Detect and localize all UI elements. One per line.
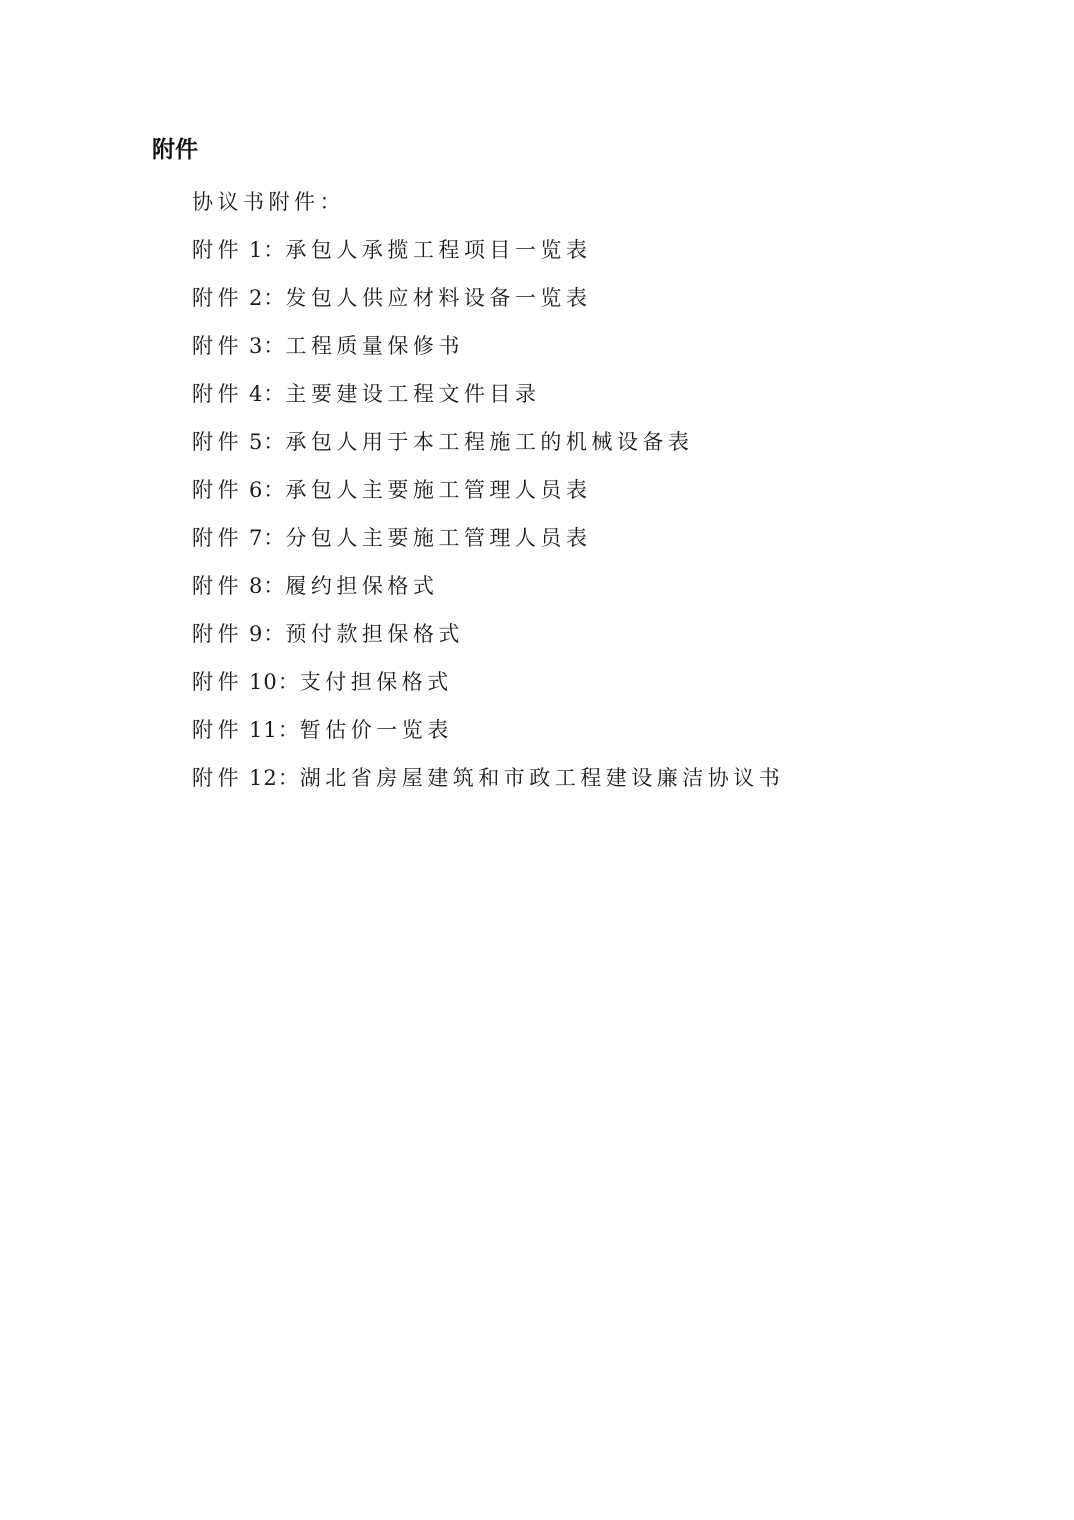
attachment-title: 湖北省房屋建筑和市政工程建设廉洁协议书 <box>300 766 785 790</box>
attachment-list: 协议书附件： 附件1：承包人承揽工程项目一览表 附件2：发包人供应材料设备一览表… <box>192 184 784 808</box>
attachment-number: 12： <box>249 766 300 790</box>
attachment-title: 支付担保格式 <box>300 670 453 694</box>
attachment-prefix: 附件 <box>192 766 243 790</box>
attachment-item: 附件7：分包人主要施工管理人员表 <box>192 520 784 568</box>
attachment-title: 承包人承揽工程项目一览表 <box>285 238 591 262</box>
attachment-number: 2： <box>249 286 285 310</box>
attachment-number: 6： <box>249 478 285 502</box>
attachment-title: 暂估价一览表 <box>300 718 453 742</box>
attachment-title: 预付款担保格式 <box>285 622 464 646</box>
attachment-item: 附件10：支付担保格式 <box>192 664 784 712</box>
page-heading: 附件 <box>152 134 198 166</box>
attachment-number: 3： <box>249 334 285 358</box>
attachment-number: 10： <box>249 670 300 694</box>
attachment-item: 附件8：履约担保格式 <box>192 568 784 616</box>
attachment-item: 附件12：湖北省房屋建筑和市政工程建设廉洁协议书 <box>192 760 784 808</box>
attachment-prefix: 附件 <box>192 526 243 550</box>
attachment-prefix: 附件 <box>192 334 243 358</box>
attachment-title: 履约担保格式 <box>285 574 438 598</box>
attachment-item: 附件9：预付款担保格式 <box>192 616 784 664</box>
attachment-title: 发包人供应材料设备一览表 <box>285 286 591 310</box>
attachment-number: 1： <box>249 238 285 262</box>
attachment-number: 7： <box>249 526 285 550</box>
attachment-prefix: 附件 <box>192 430 243 454</box>
attachment-item: 附件2：发包人供应材料设备一览表 <box>192 280 784 328</box>
attachment-prefix: 附件 <box>192 286 243 310</box>
attachment-number: 9： <box>249 622 285 646</box>
attachment-prefix: 附件 <box>192 238 243 262</box>
attachment-number: 4： <box>249 382 285 406</box>
attachment-number: 5： <box>249 430 285 454</box>
attachment-item: 附件6：承包人主要施工管理人员表 <box>192 472 784 520</box>
attachment-number: 8： <box>249 574 285 598</box>
attachment-item: 附件1：承包人承揽工程项目一览表 <box>192 232 784 280</box>
attachment-prefix: 附件 <box>192 670 243 694</box>
attachment-title: 工程质量保修书 <box>285 334 464 358</box>
attachment-prefix: 附件 <box>192 718 243 742</box>
attachment-title: 承包人主要施工管理人员表 <box>285 478 591 502</box>
attachment-item: 附件3：工程质量保修书 <box>192 328 784 376</box>
attachment-prefix: 附件 <box>192 622 243 646</box>
attachment-title: 分包人主要施工管理人员表 <box>285 526 591 550</box>
document-page: 附件 协议书附件： 附件1：承包人承揽工程项目一览表 附件2：发包人供应材料设备… <box>0 0 1074 1520</box>
attachment-prefix: 附件 <box>192 574 243 598</box>
attachment-item: 附件4：主要建设工程文件目录 <box>192 376 784 424</box>
attachment-prefix: 附件 <box>192 382 243 406</box>
attachment-prefix: 附件 <box>192 478 243 502</box>
attachment-item: 附件11：暂估价一览表 <box>192 712 784 760</box>
attachment-title: 承包人用于本工程施工的机械设备表 <box>285 430 693 454</box>
intro-line: 协议书附件： <box>192 184 784 232</box>
attachment-item: 附件5：承包人用于本工程施工的机械设备表 <box>192 424 784 472</box>
attachment-number: 11： <box>249 718 300 742</box>
attachment-title: 主要建设工程文件目录 <box>285 382 540 406</box>
